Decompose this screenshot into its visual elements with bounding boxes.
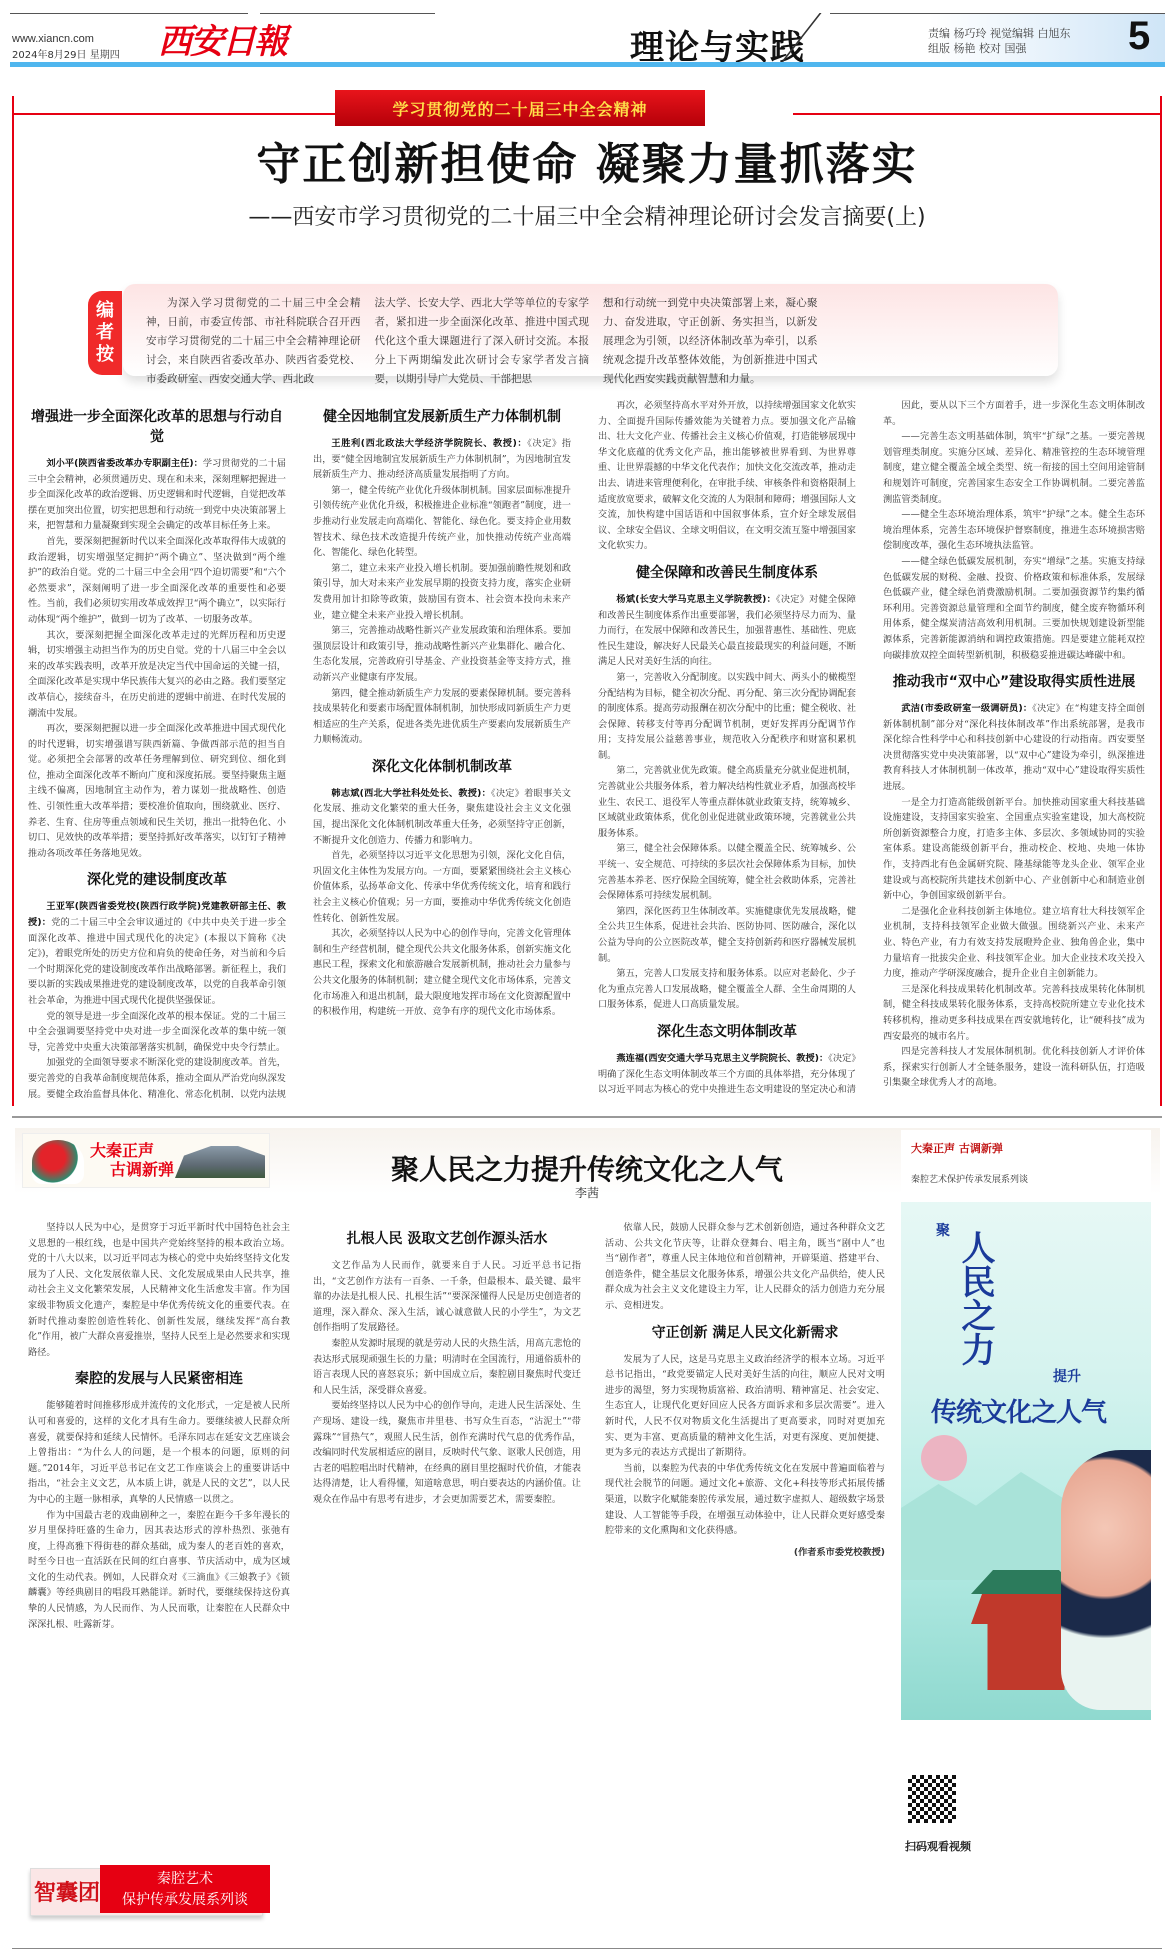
paragraph: 二是强化企业科技创新主体地位。建立培育壮大科技领军企业机制，支持科技领军企业做大…	[883, 904, 1145, 982]
speaker: 王胜利(西北政法大学经济学院院长、教授)：	[331, 438, 527, 449]
section-heading: 深化党的建设制度改革	[28, 869, 286, 889]
note-column: 法大学、长安大学、西北大学等单位的专家学者，紧扣进一步全面深化改革、推进中国式现…	[375, 294, 590, 389]
paragraph: 加强党的全面领导要求不断深化党的建设制度改革。首先，要完善党的自我革命制度规范体…	[28, 1055, 286, 1098]
section-heading: 增强进一步全面深化改革的思想与行动自觉	[28, 406, 286, 446]
editor-note-tag: 编 者 按	[88, 291, 122, 375]
masthead-rule	[830, 13, 1165, 14]
tag-char: 者	[96, 322, 114, 344]
author-credit: (作者系市委党校教授)	[605, 1545, 885, 1561]
paragraph: 坚持以人民为中心，是贯穿于习近平新时代中国特色社会主义思想的一根红线，也是中国共…	[28, 1220, 290, 1360]
qr-label: 扫码观看视频	[905, 1838, 971, 1854]
section-heading: 扎根人民 汲取文艺创作源头活水	[313, 1228, 581, 1248]
paragraph: 首先，必须坚持以习近平文化思想为引领，深化文化自信，巩固文化主体性为发展方向。一…	[313, 848, 571, 926]
poster-big-text: 人民之力	[956, 1230, 994, 1366]
opera-figure-illustration	[1061, 1450, 1151, 1710]
paragraph: 第一，完善收入分配制度。以实践中间大、两头小的橄榄型分配结构为目标，健全初次分配…	[598, 670, 856, 764]
section-heading: 深化文化体制机制改革	[313, 756, 571, 776]
series-line: 秦腔艺术	[100, 1869, 270, 1890]
poster-header-subtitle: 秦腔艺术保护传承发展系列谈	[911, 1172, 1028, 1185]
paragraph: 文艺作品为人民而作，就要来自于人民。习近平总书记指出，“文艺创作方法有一百条、一…	[313, 1258, 581, 1336]
sun-icon	[921, 1435, 967, 1481]
paragraph: 第三，健全社会保障体系。以健全覆盖全民、统筹城乡、公平统一、安全规范、可持续的多…	[598, 841, 856, 903]
editor-note-text: 为深入学习贯彻党的二十届三中全会精神，日前，市委宣传部、市社科院联合召开西安市学…	[146, 294, 1046, 389]
editor-line-2: 组版 杨艳 校对 国强	[928, 41, 1071, 56]
bottom-rule	[12, 1948, 1162, 1949]
speaker: 燕连福(西安交通大学马克思主义学院院长、教授)：	[616, 1053, 828, 1064]
paragraph: 依靠人民，鼓励人民群众参与艺术创新创造，通过各种群众文艺活动、公共文化节庆等，让…	[605, 1220, 885, 1314]
poster-word: 聚	[936, 1220, 950, 1240]
speaker: 刘小平(陕西省委改革办专职副主任)：	[46, 458, 202, 469]
paragraph: 第四，深化医药卫生体制改革。实施健康优先发展战略，健全公共卫生体系，促进社会共治…	[598, 904, 856, 966]
paragraph: 第五，完善人口发展支持和服务体系。以应对老龄化、少子化为重点完善人口发展战略，健…	[598, 966, 856, 1013]
paragraph: 一是全力打造高能级创新平台。加快推动国家重大科技基础设施建设，支持国家实验室、全…	[883, 795, 1145, 904]
paragraph: 第四，健全推动新质生产力发展的要素保障机制。要完善科技成果转化和要素市场配置体制…	[313, 686, 571, 748]
article-column: 因此，要从以下三个方面着手，进一步深化生态文明体制改革。 ——完善生态文明基础体…	[883, 398, 1145, 1098]
paragraph: 因此，要从以下三个方面着手，进一步深化生态文明体制改革。	[883, 398, 1145, 429]
paragraph: ——完善生态文明基础体制，筑牢“扩绿”之基。一要完善规划管理类制度。实施分区域、…	[883, 429, 1145, 507]
topic-banner: 学习贯彻党的二十届三中全会精神	[335, 90, 705, 126]
paragraph: 第二，完善就业优先政策。健全高质量充分就业促进机制，完善就业公共服务体系，着力解…	[598, 763, 856, 841]
page-number: 5	[1128, 14, 1150, 59]
qr-code-icon[interactable]	[903, 1770, 961, 1828]
section-heading: 守正创新 满足人民文化新需求	[605, 1322, 885, 1342]
paragraph: 其次，必须坚持以人民为中心的创作导向，完善文化管理体制和生产经营机制，健全现代公…	[313, 926, 571, 1020]
tag-char: 编	[96, 300, 114, 322]
section-heading: 健全保障和改善民生制度体系	[598, 562, 856, 582]
paragraph: 发展为了人民，这是马克思主义政治经济学的根本立场。习近平总书记指出，“政党要锚定…	[605, 1352, 885, 1461]
paragraph: 第二，建立未来产业投入增长机制。要加强前瞻性规划和政策引导，加大对未来产业发展早…	[313, 561, 571, 623]
article-column: 扎根人民 汲取文艺创作源头活水 文艺作品为人民而作，就要来自于人民。习近平总书记…	[313, 1220, 581, 1940]
paragraph: 《决定》在“构建支持全面创新体制机制”部分对“深化科技体制改革”作出系统部署，是…	[883, 703, 1145, 792]
tag-char: 按	[96, 344, 114, 366]
paragraph: 其次，要深刻把握全面深化改革走过的光辉历程和历史逻辑，切实增强主动担当作为的历史…	[28, 628, 286, 722]
note-column: 为深入学习贯彻党的二十届三中全会精神，日前，市委宣传部、市社科院联合召开西安市学…	[146, 294, 361, 389]
paragraph: 秦腔从发源时展现的就是劳动人民的火热生活，用高亢悲怆的表达形式展现顽强生长的力量…	[313, 1336, 581, 1398]
paragraph: 当前，以秦腔为代表的中华优秀传统文化在发展中普遍面临着与现代社会脱节的问题。通过…	[605, 1461, 885, 1539]
section-heading: 推动我市“双中心”建设取得实质性进展	[883, 671, 1145, 691]
paragraph: ——健全生态环境治理体系，筑牢“护绿”之本。健全生态环境治理体系，完善生态环境保…	[883, 507, 1145, 554]
section-heading: 秦腔的发展与人民紧密相连	[28, 1368, 290, 1388]
poster-slogan: 传统文化之人气	[931, 1392, 1106, 1429]
newspaper-logo: 西安日報	[158, 14, 286, 63]
speaker: 韩志斌(西北大学社科处处长、教授)：	[331, 788, 491, 799]
section-heading: 健全因地制宜发展新质生产力体制机制	[313, 406, 571, 426]
section-heading: 深化生态文明体制改革	[598, 1021, 856, 1041]
paragraph: 作为中国最古老的戏曲剧种之一，秦腔在距今千多年漫长的岁月里保持旺盛的生命力，因其…	[28, 1508, 290, 1633]
paragraph: 要始终坚持以人民为中心的创作导向，走进人民生活深处、生产现场、建设一线，聚焦市井…	[313, 1398, 581, 1507]
poster-header-title: 大秦正声 古调新弹	[911, 1140, 1003, 1156]
article-column: 依靠人民，鼓励人民群众参与艺术创新创造，通过各种群众文艺活动、公共文化节庆等，让…	[605, 1220, 885, 1940]
section-separator	[12, 1116, 1162, 1118]
paragraph: 第三，完善推动战略性新兴产业发展政策和治理体系。要加强顶层设计和政策引导，推动战…	[313, 623, 571, 685]
paragraph: 党的二十届三中全会审议通过的《中共中央关于进一步全面深化改革、推进中国式现代化的…	[28, 917, 286, 1006]
speaker: 武洁(市委政研室一级调研员)：	[901, 703, 1032, 714]
masthead-rule	[260, 13, 435, 14]
paragraph: 再次，必须坚持高水平对外开放，以持续增强国家文化软实力、全面提升国际传播效能为关…	[598, 398, 856, 554]
article-column: 再次，必须坚持高水平对外开放，以持续增强国家文化软实力、全面提升国际传播效能为关…	[598, 398, 856, 1098]
series-line: 保护传承发展系列谈	[100, 1890, 270, 1911]
reporter-credit: (记者 杨嘉音 何奇 整理)	[883, 1097, 1145, 1098]
paragraph: 第一，健全传统产业优化升级体制机制。国家层面标准提升引领传统产业优化升级，积极推…	[313, 483, 571, 561]
frame-top-rule	[793, 113, 1162, 115]
editor-credits: 责编 杨巧玲 视觉编辑 白旭东 组版 杨艳 校对 国强	[928, 26, 1071, 56]
article-column: 坚持以人民为中心，是贯穿于习近平新时代中国特色社会主义思想的一根红线，也是中国共…	[28, 1220, 290, 1845]
note-column: 想和行动统一到党中央决策部署上来，凝心聚力、奋发进取，守正创新、务实担当，以新发…	[603, 294, 818, 389]
article-column: 增强进一步全面深化改革的思想与行动自觉 刘小平(陕西省委改革办专职副主任)：学习…	[28, 398, 286, 1098]
paragraph: 三是深化科技成果转化机制改革。完善科技成果转化体制机制，健全科技成果转化服务体系…	[883, 982, 1145, 1044]
article-column: 健全因地制宜发展新质生产力体制机制 王胜利(西北政法大学经济学院院长、教授)：《…	[313, 398, 571, 1098]
speaker: 杨斌(长安大学马克思主义学院教授)：	[616, 594, 776, 605]
masthead: www.xiancn.com 2024年8月29日 星期四 西安日報 理论与实践…	[10, 0, 1165, 70]
frame-top-rule	[12, 113, 345, 115]
note-column	[832, 294, 1047, 389]
zhinang-logo: 智囊团	[34, 1876, 100, 1907]
poster-word: 提升	[1053, 1366, 1081, 1386]
paragraph: ——健全绿色低碳发展机制，夯实“增绿”之基。实施支持绿色低碳发展的财税、金融、投…	[883, 554, 1145, 663]
paragraph: 党的领导是进一步全面深化改革的根本保证。党的二十届三中全会强调要坚持党中央对进一…	[28, 1009, 286, 1056]
paragraph: 学习贯彻党的二十届三中全会精神，必须贯通历史、现在和未来，深刻理解把握进一步全面…	[28, 458, 286, 531]
headline: 守正创新担使命 凝聚力量抓落实	[0, 128, 1174, 192]
editor-line-1: 责编 杨巧玲 视觉编辑 白旭东	[928, 26, 1071, 41]
paragraph: 四是完善科技人才发展体制机制。优化科技创新人才评价体系，探索实行创新人才全链条服…	[883, 1044, 1145, 1091]
zhinang-series-label: 秦腔艺术 保护传承发展系列谈	[100, 1865, 270, 1913]
paragraph: 能够随着时间推移形成并流传的文化形式，一定是被人民所认可和喜爱的，这样的文化才具…	[28, 1398, 290, 1507]
subheadline: ——西安市学习贯彻党的二十届三中全会精神理论研讨会发言摘要(上)	[0, 200, 1174, 231]
paragraph: 再次，要深刻把握以进一步全面深化改革推进中国式现代化的时代逻辑，切实增强谱写陕西…	[28, 721, 286, 861]
site-url[interactable]: www.xiancn.com	[12, 33, 94, 45]
poster-image: 大秦正声 古调新弹 秦腔艺术保护传承发展系列谈 聚 人民之力 提升 传统文化之人…	[901, 1130, 1151, 1720]
paragraph: 首先，要深刻把握新时代以来全面深化改革取得伟大成就的政治逻辑，切实增强坚定拥护“…	[28, 534, 286, 628]
masthead-blue-bar	[10, 62, 1165, 67]
issue-date: 2024年8月29日 星期四	[12, 46, 120, 61]
